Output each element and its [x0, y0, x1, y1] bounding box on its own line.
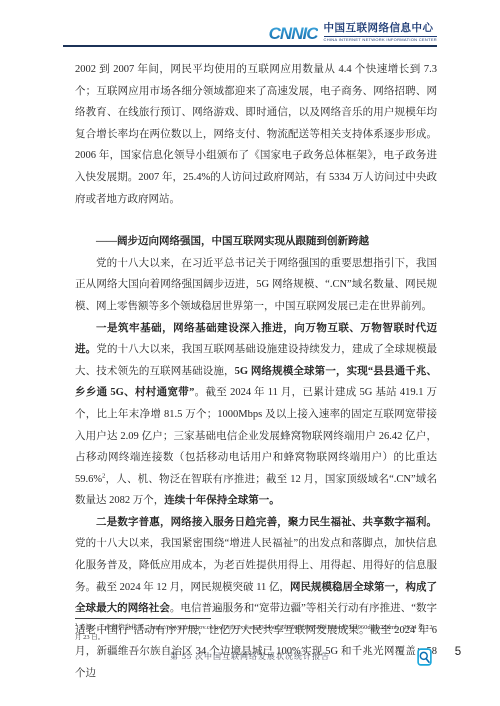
footnote-marker: 2 [75, 622, 77, 627]
page-number: 5 [451, 646, 465, 658]
page-header: CNNIC 中国互联网络信息中心 CHINA INTERNET NETWORK … [63, 24, 437, 47]
footnote-source-label: 来源，工业和信息化部， [79, 624, 151, 631]
report-page: CNNIC 中国互联网络信息中心 CHINA INTERNET NETWORK … [0, 0, 500, 706]
footnote-url[interactable]: https://www.miit.gov.cn/gxsj/tjfx/txy/ar… [150, 624, 396, 631]
paragraph-network-power-intro: 党的十八大以来，在习近平总书记关于网络强国的重要思想指引下，我国正从网络大国向着… [75, 253, 437, 318]
org-name-block: 中国互联网络信息中心 CHINA INTERNET NETWORK INFORM… [324, 24, 438, 42]
paragraph-internet-applications: 2002 到 2007 年间，网民平均使用的互联网应用数量从 4.4 个快速增长… [75, 59, 437, 210]
document-body: 2002 到 2007 年间，网民平均使用的互联网应用数量从 4.4 个快速增长… [75, 59, 437, 685]
org-name-english: CHINA INTERNET NETWORK INFORMATION CENTE… [324, 36, 438, 42]
section-heading-network-power: ——阔步迈向网络强国，中国互联网实现从跟随到创新跨越 [75, 231, 437, 253]
magnifier-document-icon [417, 648, 432, 666]
cnnic-logo-wordmark: CNNIC [269, 25, 318, 42]
footnote: 2 来源，工业和信息化部，https://www.miit.gov.cn/gxs… [75, 618, 437, 643]
org-name-chinese: 中国互联网络信息中心 [324, 24, 438, 35]
cnnic-logo: CNNIC 中国互联网络信息中心 CHINA INTERNET NETWORK … [269, 24, 437, 42]
paragraph-infrastructure: 一是筑牢基础，网络基础建设深入推进，向万物互联、万物智联时代迈进。党的十八大以来… [75, 318, 437, 512]
